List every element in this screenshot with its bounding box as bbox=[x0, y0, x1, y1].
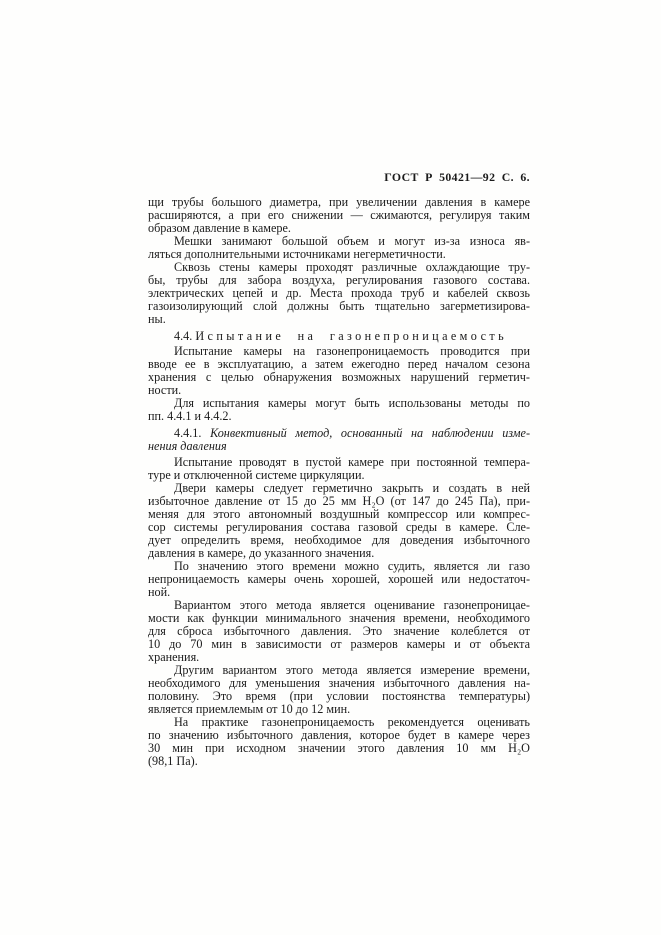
paragraph: По значению этого времени можно судить, … bbox=[148, 560, 530, 599]
text-line: 30 мин при исходном значении этого давле… bbox=[148, 742, 530, 755]
document-body: щи трубы большого диаметра, при увеличен… bbox=[148, 196, 530, 768]
paragraph: Испытание камеры на газонепроницаемость … bbox=[148, 345, 530, 397]
subheading-text: Конвективный метод, основанный на наблюд… bbox=[210, 426, 530, 440]
text-line: газоизолирующий слой должны быть тщатель… bbox=[148, 300, 530, 313]
heading-line: 4.4. Испытание на газонепроницаемость bbox=[148, 330, 530, 343]
text-line: непроницаемость камеры очень хорошей, хо… bbox=[148, 573, 530, 586]
paragraph: Мешки занимают большой объем и могут из-… bbox=[148, 235, 530, 261]
subheading-number: 4.4.1. bbox=[174, 426, 210, 440]
section-heading: 4.4. Испытание на газонепроницаемость bbox=[148, 330, 530, 343]
paragraph: Вариантом этого метода является оцениван… bbox=[148, 599, 530, 664]
paragraph: щи трубы большого диаметра, при увеличен… bbox=[148, 196, 530, 235]
heading-title: Испытание на газонепроницаемость bbox=[195, 329, 507, 343]
text-line: ны. bbox=[148, 313, 530, 326]
paragraph: Испытание проводят в пустой камере при п… bbox=[148, 456, 530, 482]
subsection-heading: 4.4.1. Конвективный метод, основанный на… bbox=[148, 427, 530, 453]
subheading-line: нения давления bbox=[148, 440, 530, 453]
paragraph: Сквозь стены камеры проходят различные о… bbox=[148, 261, 530, 326]
paragraph: На практике газонепроницаемость рекоменд… bbox=[148, 716, 530, 768]
document-page: ГОСТ Р 50421—92 С. 6. щи трубы большого … bbox=[0, 0, 661, 935]
paragraph: Другим вариантом этого метода является и… bbox=[148, 664, 530, 716]
subheading-text: нения давления bbox=[148, 439, 227, 453]
text-line: хранения с целью обнаружения возможных н… bbox=[148, 371, 530, 384]
running-header: ГОСТ Р 50421—92 С. 6. bbox=[148, 171, 530, 184]
paragraph: Для испытания камеры могут быть использо… bbox=[148, 397, 530, 423]
paragraph: Двери камеры следует герметично закрыть … bbox=[148, 482, 530, 560]
text-line: 10 до 70 мин в зависимости от размеров к… bbox=[148, 638, 530, 651]
text-line: пп. 4.4.1 и 4.4.2. bbox=[148, 410, 530, 423]
text-line: (98,1 Па). bbox=[148, 755, 530, 768]
heading-number: 4.4. bbox=[174, 329, 195, 343]
text-column: ГОСТ Р 50421—92 С. 6. щи трубы большого … bbox=[148, 171, 530, 768]
